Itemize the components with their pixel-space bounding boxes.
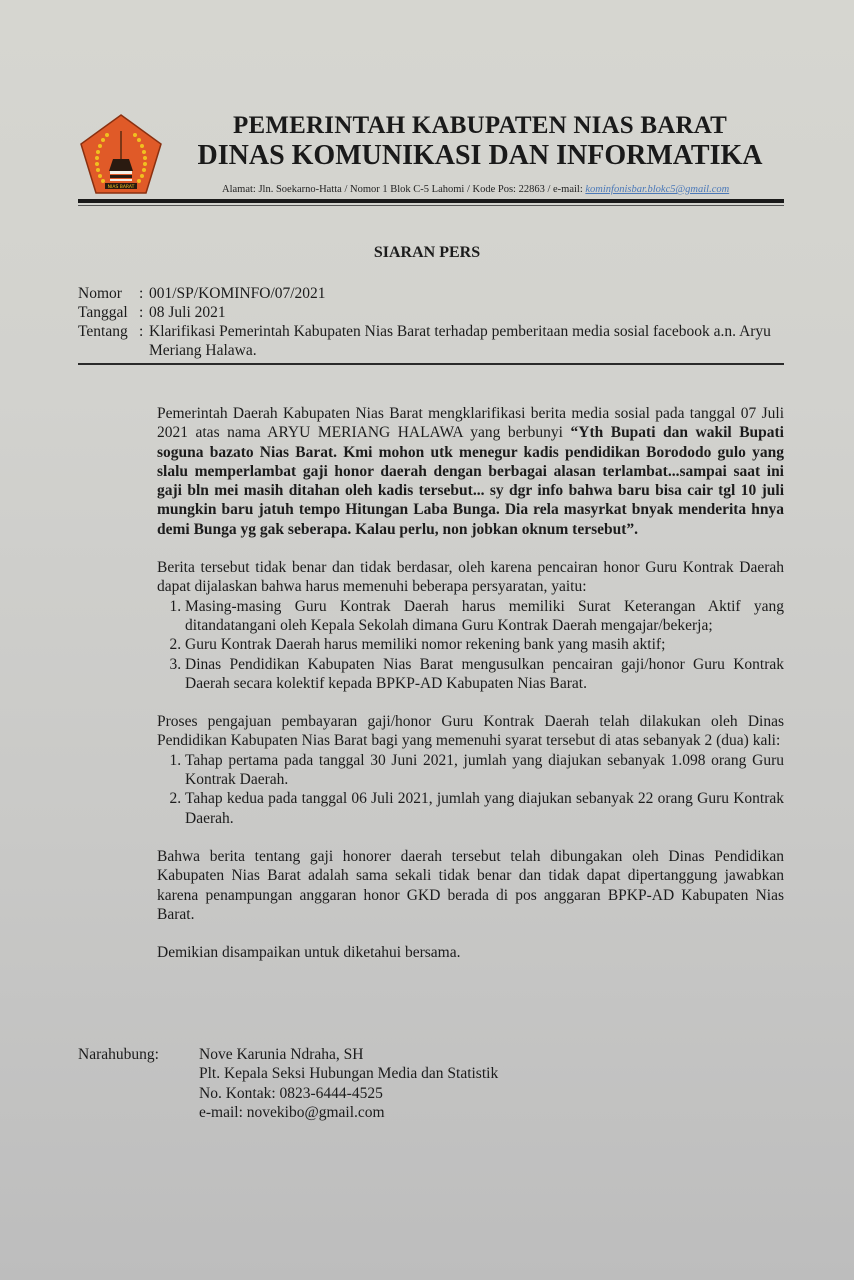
body-paragraph-2: Berita tersebut tidak benar dan tidak be… bbox=[157, 558, 784, 597]
body-paragraph-4: Bahwa berita tentang gaji honorer daerah… bbox=[157, 847, 784, 924]
meta-label: Nomor bbox=[78, 284, 139, 303]
press-release-page: NIAS BARAT PEMERINTAH KABUPATEN NIAS BAR… bbox=[0, 0, 854, 1280]
quoted-post: “Yth Bupati dan wakil Bupati soguna baza… bbox=[157, 424, 784, 537]
letterhead-divider-thin bbox=[78, 205, 784, 206]
contact-email: e-mail: novekibo@gmail.com bbox=[199, 1103, 498, 1122]
body-paragraph-1: Pemerintah Daerah Kabupaten Nias Barat m… bbox=[157, 404, 784, 539]
meta-label: Tanggal bbox=[78, 303, 139, 322]
list-item: Tahap pertama pada tanggal 30 Juni 2021,… bbox=[185, 751, 784, 790]
letterhead-divider bbox=[78, 199, 784, 203]
contact-position: Plt. Kepala Seksi Hubungan Media dan Sta… bbox=[199, 1064, 498, 1083]
department-name: DINAS KOMUNIKASI DAN INFORMATIKA bbox=[180, 140, 780, 172]
meta-value: 001/SP/KOMINFO/07/2021 bbox=[149, 284, 784, 303]
list-item: Dinas Pendidikan Kabupaten Nias Barat me… bbox=[185, 655, 784, 694]
letterhead-address: Alamat: Jln. Soekarno-Hatta / Nomor 1 Bl… bbox=[222, 184, 729, 195]
organization-name: PEMERINTAH KABUPATEN NIAS BARAT bbox=[180, 112, 780, 140]
address-text: Alamat: Jln. Soekarno-Hatta / Nomor 1 Bl… bbox=[222, 184, 585, 195]
list-item: Guru Kontrak Daerah harus memiliki nomor… bbox=[185, 635, 784, 654]
meta-separator: : bbox=[139, 303, 149, 322]
contact-name: Nove Karunia Ndraha, SH bbox=[199, 1045, 498, 1064]
meta-separator: : bbox=[139, 322, 149, 360]
document-meta: Nomor : 001/SP/KOMINFO/07/2021 Tanggal :… bbox=[78, 284, 784, 360]
regency-crest-icon: NIAS BARAT bbox=[79, 113, 163, 197]
requirements-list: Masing-masing Guru Kontrak Daerah harus … bbox=[157, 597, 784, 693]
list-item: Tahap kedua pada tanggal 06 Juli 2021, j… bbox=[185, 789, 784, 828]
meta-row-nomor: Nomor : 001/SP/KOMINFO/07/2021 bbox=[78, 284, 784, 303]
submission-stages-list: Tahap pertama pada tanggal 30 Juni 2021,… bbox=[157, 751, 784, 828]
contact-block: Narahubung: Nove Karunia Ndraha, SH Plt.… bbox=[78, 1045, 498, 1122]
contact-label: Narahubung: bbox=[78, 1045, 199, 1122]
meta-divider bbox=[78, 363, 784, 365]
meta-row-tentang: Tentang : Klarifikasi Pemerintah Kabupat… bbox=[78, 322, 784, 360]
body-paragraph-3: Proses pengajuan pembayaran gaji/honor G… bbox=[157, 712, 784, 751]
meta-value: 08 Juli 2021 bbox=[149, 303, 784, 322]
contact-phone: No. Kontak: 0823-6444-4525 bbox=[199, 1084, 498, 1103]
document-title: SIARAN PERS bbox=[0, 244, 854, 262]
meta-value: Klarifikasi Pemerintah Kabupaten Nias Ba… bbox=[149, 322, 784, 360]
closing-paragraph: Demikian disampaikan untuk diketahui ber… bbox=[157, 943, 784, 962]
list-item: Masing-masing Guru Kontrak Daerah harus … bbox=[185, 597, 784, 636]
document-body: Pemerintah Daerah Kabupaten Nias Barat m… bbox=[157, 404, 784, 981]
contact-details: Nove Karunia Ndraha, SH Plt. Kepala Seks… bbox=[199, 1045, 498, 1122]
letterhead-email-link[interactable]: kominfonisbar.blokc5@gmail.com bbox=[585, 184, 729, 195]
meta-row-tanggal: Tanggal : 08 Juli 2021 bbox=[78, 303, 784, 322]
svg-text:NIAS BARAT: NIAS BARAT bbox=[108, 184, 135, 190]
meta-label: Tentang bbox=[78, 322, 139, 360]
meta-separator: : bbox=[139, 284, 149, 303]
